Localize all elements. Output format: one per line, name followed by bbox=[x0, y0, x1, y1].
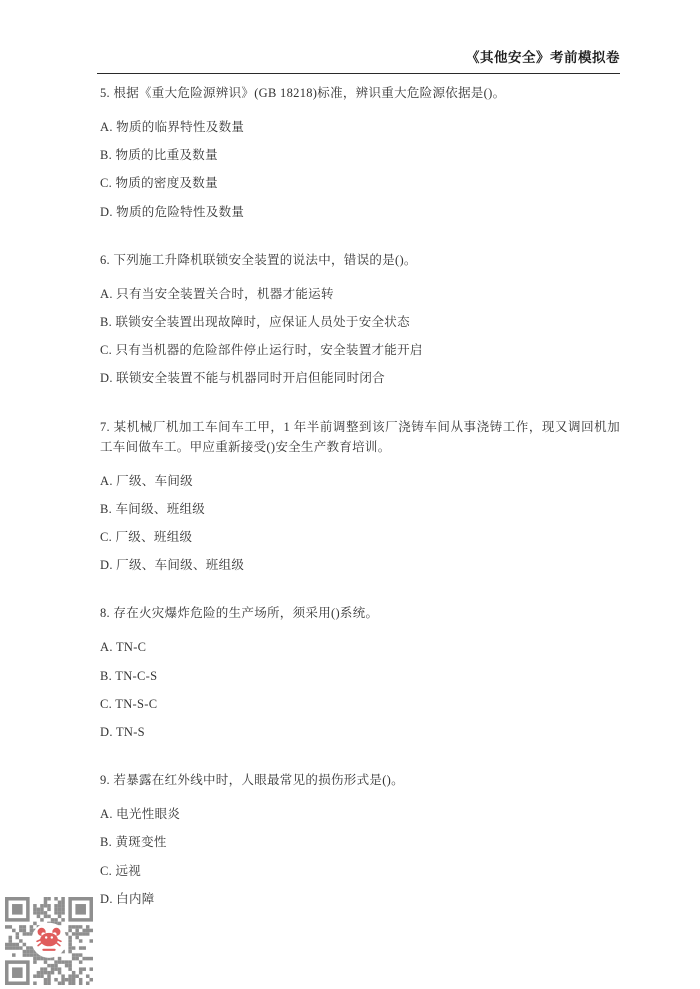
option-c: C. 只有当机器的危险部件停止运行时，安全装置才能开启 bbox=[100, 336, 620, 364]
question-text: 6. 下列施工升降机联锁安全装置的说法中，错误的是()。 bbox=[100, 250, 620, 270]
option-b: B. 联锁安全装置出现故障时，应保证人员处于安全状态 bbox=[100, 308, 620, 336]
question-block-8: 8. 存在火灾爆炸危险的生产场所，须采用()系统。 A. TN-C B. TN-… bbox=[100, 603, 620, 746]
option-c: C. 厂级、班组级 bbox=[100, 523, 620, 551]
option-b: B. TN-C-S bbox=[100, 662, 620, 690]
question-text: 8. 存在火灾爆炸危险的生产场所，须采用()系统。 bbox=[100, 603, 620, 623]
question-text: 5. 根据《重大危险源辨识》(GB 18218)标准，辨识重大危险源依据是()。 bbox=[100, 83, 620, 103]
option-b: B. 车间级、班组级 bbox=[100, 495, 620, 523]
option-a: A. 电光性眼炎 bbox=[100, 800, 620, 828]
question-list: 5. 根据《重大危险源辨识》(GB 18218)标准，辨识重大危险源依据是()。… bbox=[100, 74, 620, 913]
question-block-9: 9. 若暴露在红外线中时，人眼最常见的损伤形式是()。 A. 电光性眼炎 B. … bbox=[100, 770, 620, 913]
option-a: A. TN-C bbox=[100, 633, 620, 661]
option-b: B. 物质的比重及数量 bbox=[100, 141, 620, 169]
qr-code-graphic bbox=[5, 897, 93, 985]
option-d: D. 物质的危险特性及数量 bbox=[100, 198, 620, 226]
question-text: 9. 若暴露在红外线中时，人眼最常见的损伤形式是()。 bbox=[100, 770, 620, 790]
qr-code bbox=[5, 897, 93, 985]
question-block-6: 6. 下列施工升降机联锁安全装置的说法中，错误的是()。 A. 只有当安全装置关… bbox=[100, 250, 620, 393]
question-text: 7. 某机械厂机加工车间车工甲，1 年半前调整到该厂浇铸车间从事浇铸工作，现又调… bbox=[100, 417, 620, 457]
option-d: D. TN-S bbox=[100, 718, 620, 746]
option-a: A. 物质的临界特性及数量 bbox=[100, 113, 620, 141]
question-block-7: 7. 某机械厂机加工车间车工甲，1 年半前调整到该厂浇铸车间从事浇铸工作，现又调… bbox=[100, 417, 620, 580]
option-b: B. 黄斑变性 bbox=[100, 828, 620, 856]
option-c: C. TN-S-C bbox=[100, 690, 620, 718]
exam-paper-page: 《其他安全》考前模拟卷 5. 根据《重大危险源辨识》(GB 18218)标准，辨… bbox=[0, 0, 700, 989]
option-d: D. 联锁安全装置不能与机器同时开启但能同时闭合 bbox=[100, 364, 620, 392]
page-header: 《其他安全》考前模拟卷 bbox=[97, 49, 620, 74]
option-c: C. 远视 bbox=[100, 857, 620, 885]
option-c: C. 物质的密度及数量 bbox=[100, 169, 620, 197]
option-a: A. 厂级、车间级 bbox=[100, 467, 620, 495]
question-block-5: 5. 根据《重大危险源辨识》(GB 18218)标准，辨识重大危险源依据是()。… bbox=[100, 83, 620, 226]
option-d: D. 厂级、车间级、班组级 bbox=[100, 551, 620, 579]
option-a: A. 只有当安全装置关合时，机器才能运转 bbox=[100, 280, 620, 308]
option-d: D. 白内障 bbox=[100, 885, 620, 913]
exam-paper-title: 《其他安全》考前模拟卷 bbox=[466, 50, 620, 65]
